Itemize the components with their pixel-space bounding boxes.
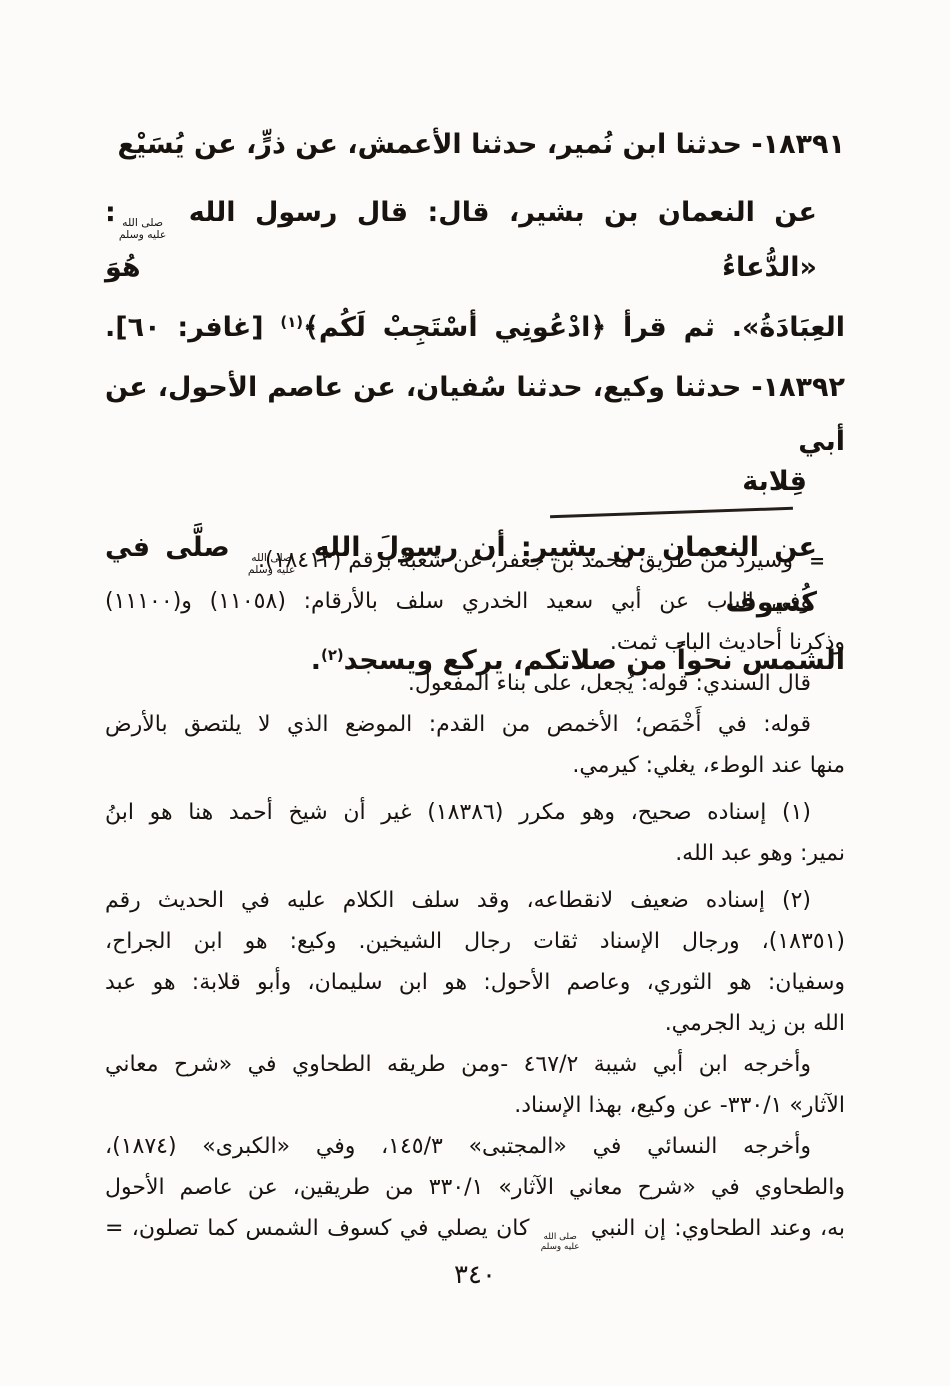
footnote-sindi-line-1: قال السندي: قوله: يُجعل، على بناء المفعو…	[105, 663, 845, 704]
footnote-cont-line-2: وفي الباب عن أبي سعيد الخدري سلف بالأرقا…	[105, 581, 845, 622]
footnote-takhrij-2-line-2: والطحاوي في «شرح معاني الآثار» ٣٣٠/١ من …	[105, 1167, 845, 1208]
footnote-ref: (١)	[280, 313, 303, 331]
hadith-18391-matn-line-1: عن النعمان بن بشير، قال: قال رسول الله ص…	[105, 186, 845, 295]
footnote-1-line-1: (١) إسناده صحيح، وهو مكرر (١٨٣٨٦) غير أن…	[105, 792, 845, 833]
page-number: ٣٤٠	[0, 1260, 950, 1290]
footnote-cont-line-1: =وسيرد من طريق محمد بن جعفر، عن شعبة برق…	[105, 540, 845, 581]
footnote-2-line-1: (٢) إسناده ضعيف لانقطاعه، وقد سلف الكلام…	[105, 880, 845, 921]
book-page: ١٨٣٩١- حدثنا ابن نُمير، حدثنا الأعمش، عن…	[0, 0, 950, 1386]
footnote-2-line-4: الله بن زيد الجرمي.	[105, 1003, 845, 1044]
hadith-18391-matn-line-2: العِبَادَةُ». ثم قرأ ﴿ادْعُونِي أسْتَجِب…	[105, 295, 845, 355]
footnote-takhrij-2-line-3: به، وعند الطحاوي: إن النبي صلى اللهعليه …	[105, 1208, 845, 1253]
footnote-sindi-line-3: منها عند الوطء، يغلي: كيرمي.	[105, 745, 845, 786]
saws-ligature: صلى اللهعليه وسلم	[119, 217, 167, 241]
hadith-18391-isnad: ١٨٣٩١- حدثنا ابن نُمير، حدثنا الأعمش، عن…	[105, 118, 845, 172]
footnote-1-line-2: نمير: وهو عبد الله.	[105, 833, 845, 874]
footnotes-block: =وسيرد من طريق محمد بن جعفر، عن شعبة برق…	[105, 540, 845, 1253]
continuation-marker: =	[809, 541, 825, 582]
footnote-2-line-3: وسفيان: هو الثوري، وعاصم الأحول: هو ابن …	[105, 962, 845, 1003]
footnote-sindi-line-2: قوله: في أَخْمَص؛ الأخمص من القدم: الموض…	[105, 704, 845, 745]
footnote-cont-line-3: وذكرنا أحاديث الباب ثمت.	[105, 622, 845, 663]
footnote-takhrij-1-line-1: وأخرجه ابن أبي شيبة ٤٦٧/٢ -ومن طريقه الط…	[105, 1044, 845, 1085]
saws-ligature: صلى اللهعليه وسلم	[541, 1233, 580, 1253]
hadith-18392-isnad-line-1: ١٨٣٩٢- حدثنا وكيع، حدثنا سُفيان، عن عاصم…	[105, 361, 845, 469]
footnote-takhrij-1-line-2: الآثار» ٣٣٠/١- عن وكيع، بهذا الإسناد.	[105, 1085, 845, 1126]
hadith-18392-isnad-line-2: قِلابة	[105, 455, 845, 509]
footnote-2-line-2: (١٨٣٥١)، ورجال الإسناد ثقات رجال الشيخين…	[105, 921, 845, 962]
footnote-takhrij-2-line-1: وأخرجه النسائي في «المجتبى» ١٤٥/٣، وفي «…	[105, 1126, 845, 1167]
